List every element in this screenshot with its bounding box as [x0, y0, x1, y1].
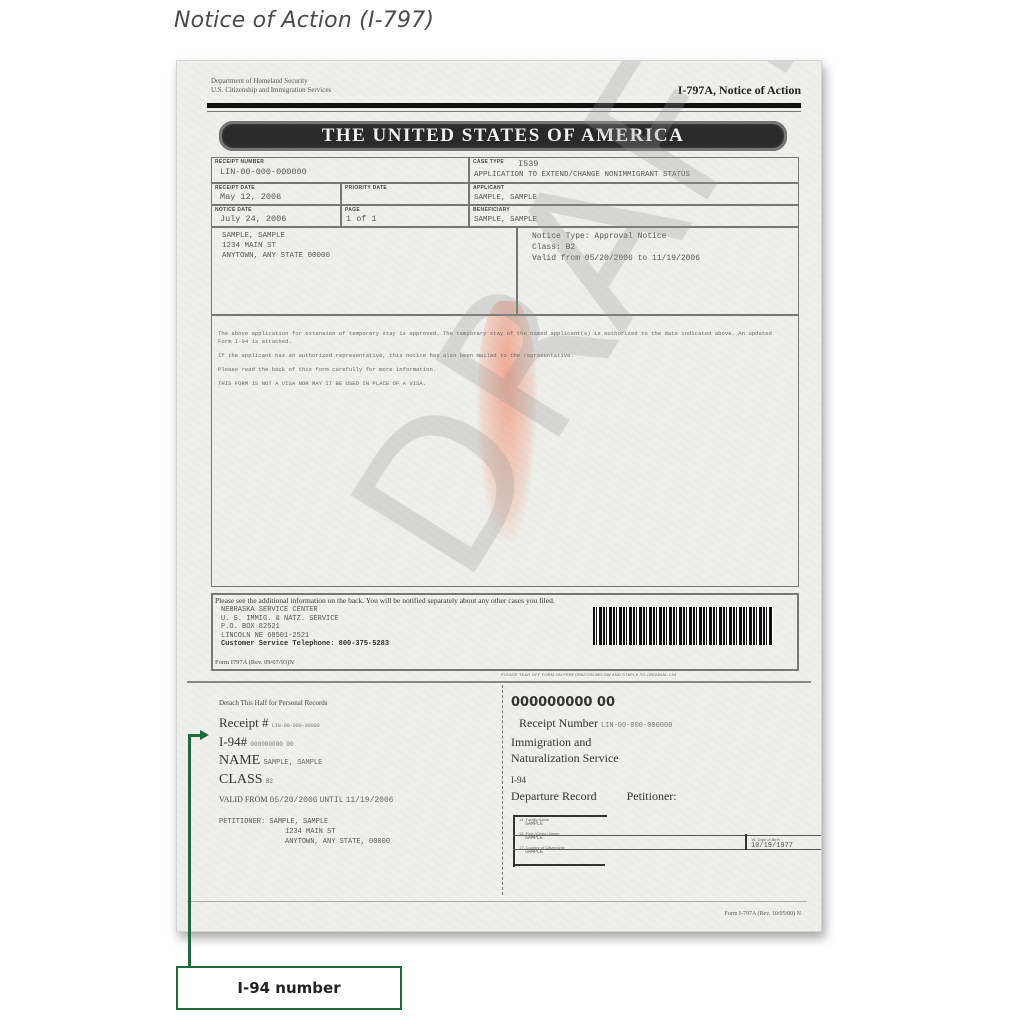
- stub-divider: [502, 685, 503, 895]
- i94-number-callout: I-94 number: [176, 966, 402, 1010]
- receipt-date: May 12, 2006: [220, 192, 281, 202]
- stub-i94-number: 000000000 00: [511, 695, 615, 710]
- receipt-number-cell: RECEIPT NUMBER LIN-00-000-000000: [211, 157, 469, 183]
- stub-name-row: NAME SAMPLE, SAMPLE: [219, 752, 322, 771]
- tear-instructions: PLEASE TEAR OFF FORM ON PERFORATION BELO…: [501, 672, 677, 677]
- page-count: 1 of 1: [346, 214, 377, 224]
- receipt-number: LIN-00-000-000000: [220, 167, 307, 177]
- page-cell: PAGE 1 of 1: [341, 205, 469, 227]
- stub-class-row: CLASS B2: [219, 771, 322, 789]
- stub-i94-row: I-94# 000000000 00: [219, 734, 322, 752]
- notice-date: July 24, 2006: [220, 214, 286, 224]
- perforation-line: [187, 681, 811, 683]
- notice-date-cell: NOTICE DATE July 24, 2006: [211, 205, 341, 227]
- stub-form-revision: Form I-797A (Rev. 10/05/00) N: [725, 911, 801, 917]
- service-center-address: NEBRASKA SERVICE CENTER U. S. IMMIG. & N…: [221, 606, 389, 649]
- agency-line-1: Department of Homeland Security: [211, 77, 331, 86]
- mailing-address: SAMPLE, SAMPLE 1234 MAIN ST ANYTOWN, ANY…: [222, 231, 330, 261]
- form-revision: Form I797A (Rev. 09/07/93)N: [215, 659, 294, 666]
- agency-line-2: U.S. Citizenship and Immigration Service…: [211, 86, 331, 95]
- agency-header: Department of Homeland Security U.S. Cit…: [211, 77, 331, 95]
- stub-valid-row: VALID FROM 05/20/2006 UNTIL 11/19/2006: [219, 795, 394, 805]
- priority-date-cell: PRIORITY DATE: [341, 183, 469, 205]
- stub-petitioner: PETITIONER: SAMPLE, SAMPLE 1234 MAIN ST …: [219, 817, 390, 847]
- stub-receipt-row: Receipt # LIN-00-000-00000: [219, 715, 322, 734]
- receipt-date-cell: RECEIPT DATE May 12, 2006: [211, 183, 341, 205]
- caption-title: Notice of Action (I-797): [174, 8, 434, 33]
- birth-date-field: 16. Date of Birth 10/19/1977: [751, 837, 793, 850]
- departure-record-fields: 14. Family Name SAMPLE 15. First (Given)…: [519, 817, 565, 855]
- customer-service-phone: Customer Service Telephone: 800-375-5283: [221, 640, 389, 649]
- stub-left-fields: Receipt # LIN-00-000-00000 I-94# 0000000…: [219, 715, 322, 789]
- barcode: [593, 607, 773, 645]
- callout-connector: [188, 734, 191, 968]
- stub-right-fields: Receipt Number LIN-00-000-000000 Immigra…: [511, 715, 677, 804]
- callout-arrow-icon: [200, 730, 209, 740]
- i94-number-value: 000000000 00: [250, 741, 293, 748]
- detach-note: Detach This Half for Personal Records: [219, 699, 328, 707]
- i797-notice-document: Department of Homeland Security U.S. Cit…: [176, 60, 822, 932]
